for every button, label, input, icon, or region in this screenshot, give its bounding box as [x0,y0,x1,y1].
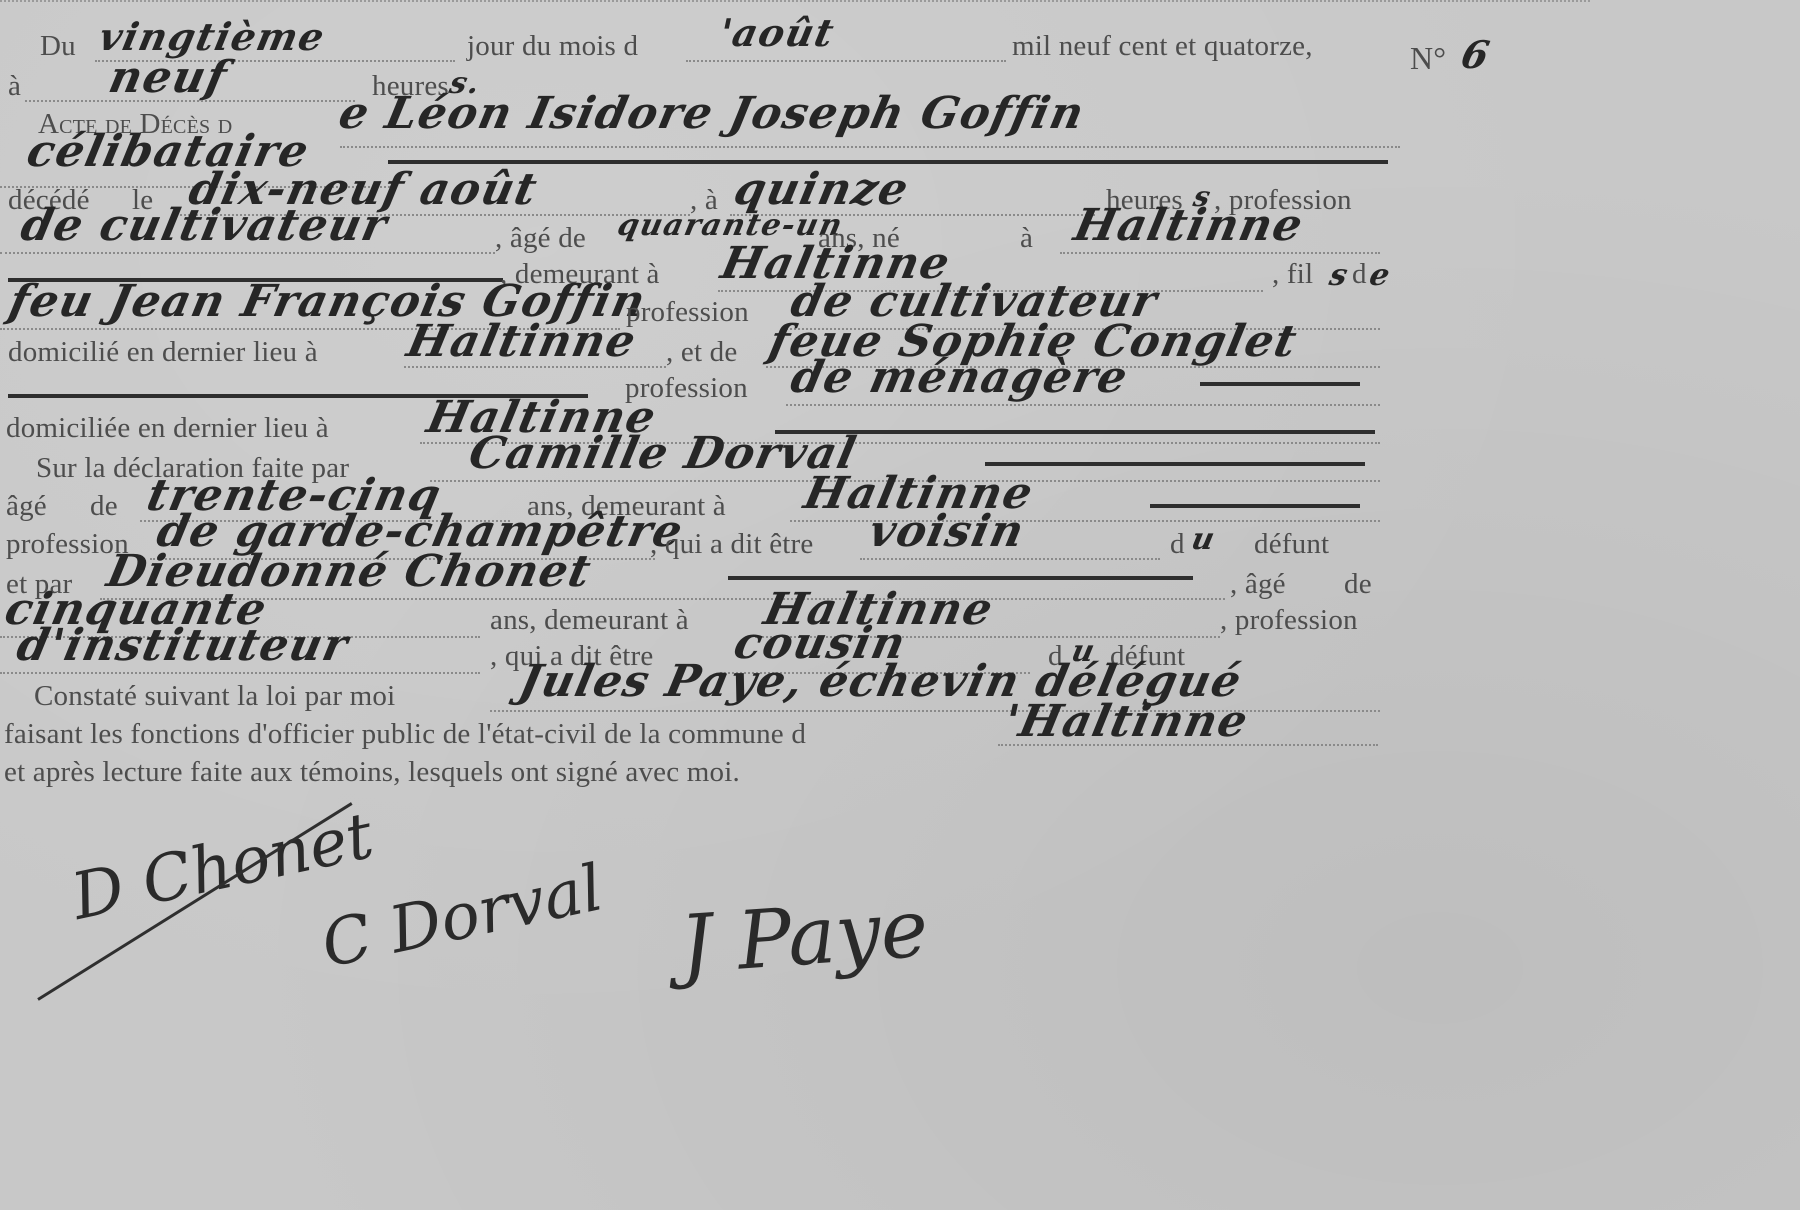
field-hour: neuf [105,52,233,103]
label-de-2: de [1344,568,1372,601]
field-number: 6 [1457,32,1495,77]
label-age-de: , âgé de [495,222,586,255]
label-profession-father: profession [626,296,749,329]
label-domicilie: domicilié en dernier lieu à [8,336,318,369]
field-fils-suffix: s [1326,258,1352,293]
signature-paye: J Paye [677,881,931,991]
field-declarant-1: Camille Dorval [465,428,862,479]
field-declarant-1-relation: voisin [865,506,1030,557]
field-mother-profession: de ménagère [787,352,1133,403]
field-d-suffix: u [1188,522,1219,557]
dotted-line [998,744,1378,746]
top-dotted-border [0,0,1590,5]
field-month: 'août [715,10,839,55]
strike-rule [1200,382,1360,386]
strike-rule [1150,504,1360,508]
label-profession-2: , profession [1220,604,1358,637]
dotted-line [686,60,1006,62]
field-deceased-name: e Léon Isidore Joseph Goffin [335,88,1090,139]
label-et-de: , et de [666,336,737,369]
dotted-line [786,404,1380,406]
label-faisant-fonctions: faisant les fonctions d'officier public … [4,718,806,751]
strike-rule [775,430,1375,434]
field-birthplace: Haltinne [1070,200,1309,251]
field-father-domicile: Haltinne [403,316,642,367]
dotted-line [0,672,480,674]
field-declarant-2-profession: d'instituteur [13,620,354,671]
label-d: d [1170,528,1185,561]
dotted-line [340,146,1400,148]
label-a: à [8,70,21,103]
label-fils: , fil [1272,258,1313,291]
label-lecture-faite: et après lecture faite aux témoins, lesq… [4,756,740,789]
label-jour-du-mois: jour du mois d [467,30,638,63]
field-profession: de cultivateur [17,200,393,251]
dotted-line [860,558,1160,560]
label-age: âgé [6,490,47,523]
strike-rule [985,462,1365,466]
field-commune: 'Haltinne [1000,696,1254,747]
label-domiciliee: domiciliée en dernier lieu à [6,412,329,445]
label-du: Du [40,30,76,63]
label-number: N° [1410,40,1446,77]
field-de-suffix: e [1366,258,1394,293]
label-defunt: défunt [1254,528,1329,561]
dotted-line [404,366,666,368]
label-ans-demeurant-2: ans, demeurant à [490,604,689,637]
label-a-birth: à [1020,222,1033,255]
document-page: Du vingtième jour du mois d 'août mil ne… [0,0,1800,1210]
dotted-line [0,252,495,254]
dotted-line [25,100,355,102]
label-year: mil neuf cent et quatorze, [1012,30,1313,63]
label-constate: Constaté suivant la loi par moi [34,680,395,713]
label-qui-a-dit-etre: , qui a dit être [650,528,813,561]
dotted-line [1060,252,1380,254]
label-de: d [1352,258,1367,291]
label-de-age: de [90,490,118,523]
label-age-2: , âgé [1230,568,1286,601]
strike-rule [728,576,1193,580]
